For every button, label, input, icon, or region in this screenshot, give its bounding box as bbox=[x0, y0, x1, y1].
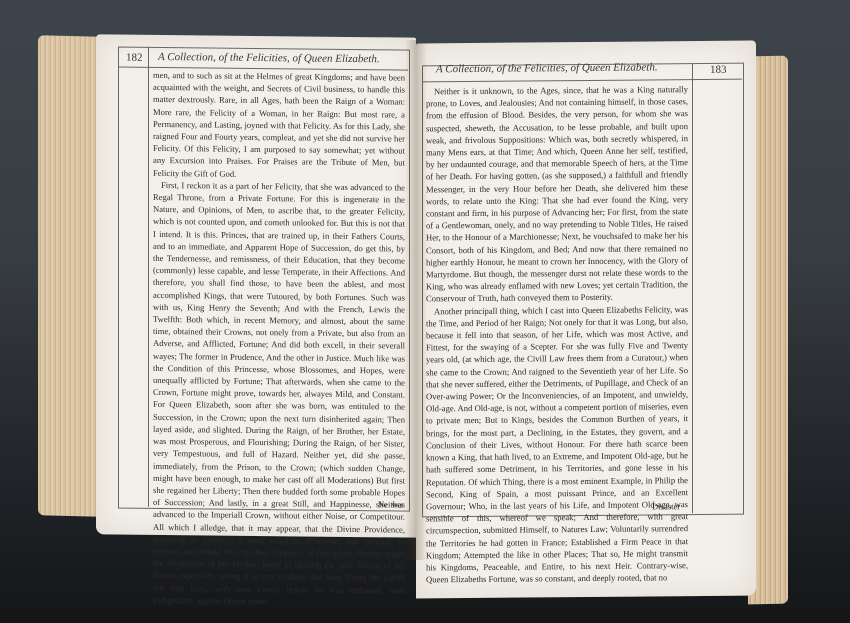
right-catchword: Disaster bbox=[652, 501, 680, 511]
right-margin-rule bbox=[692, 63, 693, 513]
left-page-number: 182 bbox=[126, 52, 143, 64]
right-paragraph-2: Another principall thing, which I cast i… bbox=[426, 303, 688, 586]
left-catchword: Neither bbox=[378, 499, 404, 509]
right-paragraph-1: Neither is it unknown, to the Ages, sinc… bbox=[426, 83, 688, 305]
right-page-body: Neither is it unknown, to the Ages, sinc… bbox=[426, 83, 688, 586]
book-gutter bbox=[405, 40, 427, 560]
left-paragraph-2: First, I reckon it as a part of her Feli… bbox=[153, 179, 405, 609]
left-margin-rule bbox=[148, 47, 149, 507]
left-page: 182 A Collection, of the Felicities, of … bbox=[96, 34, 416, 537]
right-page-number: 183 bbox=[710, 64, 727, 76]
right-page: A Collection, of the Felicities, of Quee… bbox=[416, 41, 756, 599]
right-running-head: A Collection, of the Felicities, of Quee… bbox=[436, 61, 658, 75]
left-page-edges bbox=[38, 35, 100, 517]
left-running-head: A Collection, of the Felicities, of Quee… bbox=[158, 51, 380, 65]
left-page-body: men, and to such as sit at the Helmes of… bbox=[153, 69, 405, 609]
open-book: 182 A Collection, of the Felicities, of … bbox=[0, 0, 850, 623]
left-paragraph-1: men, and to such as sit at the Helmes of… bbox=[153, 69, 405, 181]
